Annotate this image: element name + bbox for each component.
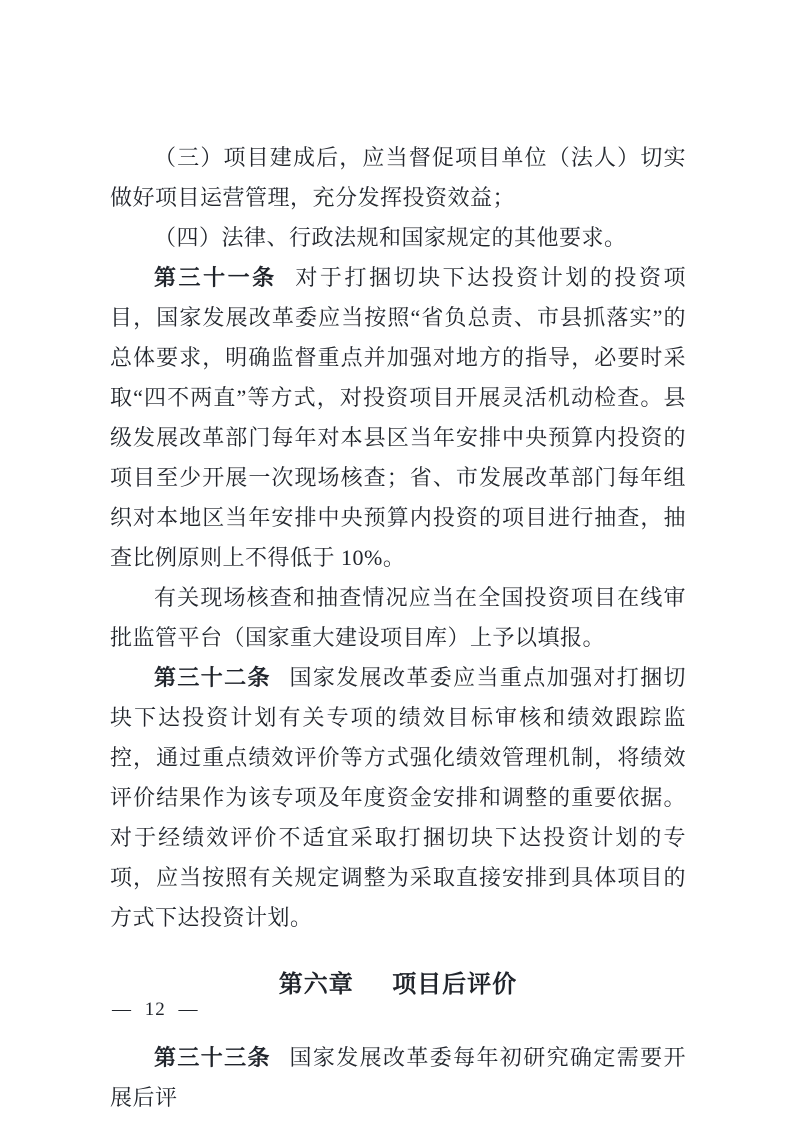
article-31-text: 对于打捆切块下达投资计划的投资项目，国家发展改革委应当按照“省负总责、市县抓落实… (110, 265, 686, 570)
document-body: （三）项目建成后，应当督促项目单位（法人）切实做好项目运营管理，充分发挥投资效益… (110, 138, 686, 1118)
article-33-number: 第三十三条 (154, 1045, 271, 1070)
page-number: — 12 — (112, 998, 199, 1022)
paragraph-article-32: 第三十二条国家发展改革委应当重点加强对打捆切块下达投资计划有关专项的绩效目标审核… (110, 658, 686, 938)
chapter-title: 项目后评价 (392, 971, 517, 998)
article-32-text: 国家发展改革委应当重点加强对打捆切块下达投资计划有关专项的绩效目标审核和绩效跟踪… (110, 665, 686, 930)
paragraph-item-3: （三）项目建成后，应当督促项目单位（法人）切实做好项目运营管理，充分发挥投资效益… (110, 138, 686, 218)
paragraph-article-31: 第三十一条对于打捆切块下达投资计划的投资项目，国家发展改革委应当按照“省负总责、… (110, 258, 686, 578)
paragraph-reporting: 有关现场核查和抽查情况应当在全国投资项目在线审批监管平台（国家重大建设项目库）上… (110, 578, 686, 658)
chapter-heading: 第六章项目后评价 (110, 970, 686, 1000)
paragraph-article-33: 第三十三条国家发展改革委每年初研究确定需要开展后评 (110, 1038, 686, 1118)
article-31-number: 第三十一条 (154, 265, 277, 290)
chapter-number: 第六章 (279, 971, 354, 998)
document-page: { "document": { "paragraphs": [ { "type"… (0, 0, 794, 1123)
article-32-number: 第三十二条 (154, 665, 271, 690)
paragraph-item-4: （四）法律、行政法规和国家规定的其他要求。 (110, 218, 686, 258)
